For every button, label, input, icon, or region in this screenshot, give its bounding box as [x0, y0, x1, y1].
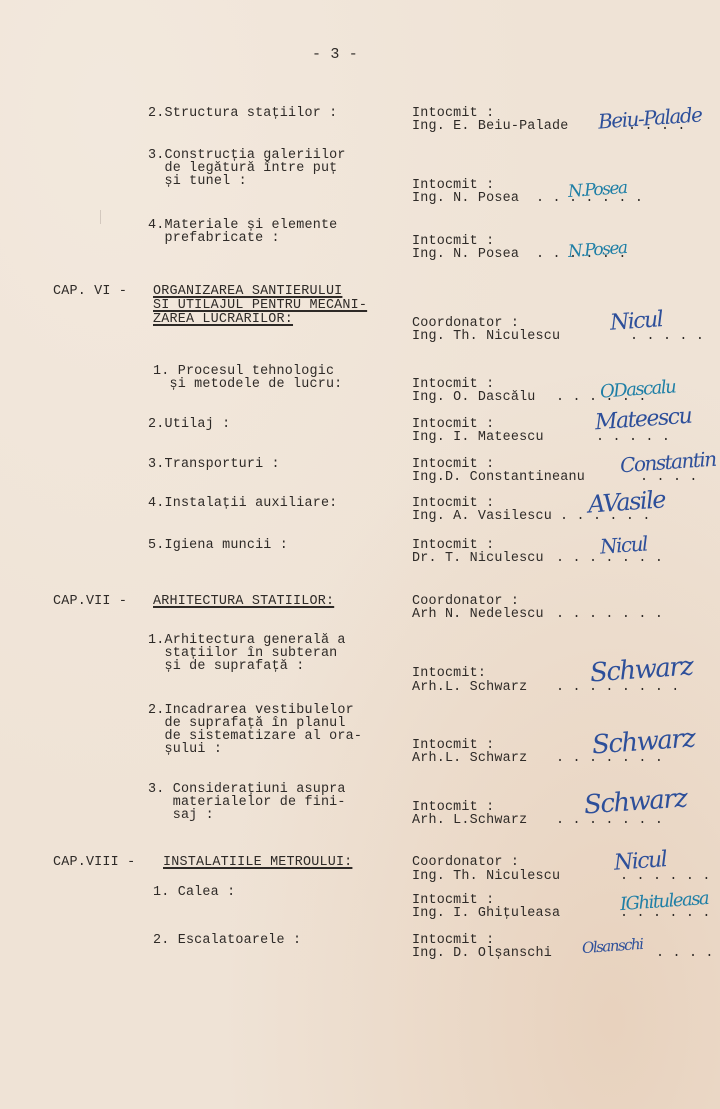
- author-name: Arh.L. Schwarz: [412, 753, 527, 766]
- signature: N.Posea: [567, 238, 627, 262]
- page-number: - 3 -: [312, 49, 358, 62]
- author-name: Ing. N. Posea: [412, 249, 519, 262]
- author-name: Arh N. Nedelescu: [412, 609, 544, 622]
- signature: Schwarz: [589, 656, 693, 683]
- author-name: Ing. I. Ghițuleasa: [412, 908, 560, 921]
- chapter-label-vii: CAP.VII -: [53, 596, 127, 609]
- item-title: 4.Instalații auxiliare:: [148, 498, 337, 511]
- dot-leader: . . . . .: [656, 948, 720, 961]
- item-title: șului :: [148, 744, 222, 757]
- item-title: 2.Utilaj :: [148, 419, 230, 432]
- chapter-title-vii: ARHITECTURA STATIILOR:: [153, 596, 334, 609]
- item-title: 3.Transporturi :: [148, 459, 280, 472]
- author-name: Dr. T. Niculescu: [412, 553, 544, 566]
- role-label: Coordonator :: [412, 857, 519, 870]
- chapter-title-vi: ZAREA LUCRARILOR:: [153, 314, 293, 327]
- author-name: Ing. E. Beiu-Palade: [412, 121, 568, 134]
- signature: Constantin: [619, 449, 716, 476]
- author-name: Ing. D. Olșanschi: [412, 948, 552, 961]
- chapter-title-viii: INSTALATIILE METROULUI:: [163, 857, 352, 870]
- chapter-label-viii: CAP.VIII -: [53, 857, 135, 870]
- item-title: și metodele de lucru:: [153, 379, 342, 392]
- item-title: 5.Igiena muncii :: [148, 540, 288, 553]
- signature: Beiu-Palade: [597, 104, 702, 131]
- signature: AVasile: [587, 489, 665, 514]
- chapter-label-vi: CAP. VI -: [53, 286, 127, 299]
- author-name: Ing.D. Constantineanu: [412, 472, 585, 485]
- signature: Nicul: [609, 310, 663, 334]
- author-name: Ing. N. Posea: [412, 193, 519, 206]
- signature: Schwarz: [583, 788, 687, 815]
- item-title: 2. Escalatoarele :: [153, 935, 301, 948]
- section-title-line: prefabricate :: [148, 233, 280, 246]
- chapter-title-vi: ORGANIZAREA SANTIERULUI: [153, 286, 342, 299]
- signature: Mateescu: [594, 407, 691, 434]
- signature: Schwarz: [591, 728, 695, 755]
- signature: Olsanschi: [581, 934, 643, 958]
- author-name: Ing. A. Vasilescu: [412, 511, 552, 524]
- signature: Nicul: [613, 850, 667, 874]
- show-through-mark: [100, 210, 101, 224]
- signature: ODascalu: [599, 377, 676, 402]
- chapter-title-vi: SI UTILAJUL PENTRU MECANI-: [153, 300, 367, 313]
- author-name: Ing. Th. Niculescu: [412, 331, 560, 344]
- section-title-line: și tunel :: [148, 176, 247, 189]
- author-name: Arh. L.Schwarz: [412, 815, 527, 828]
- section-title-structura: 2.Structura stațiilor :: [148, 108, 337, 121]
- author-name: Ing. I. Mateescu: [412, 432, 544, 445]
- signature: Nicul: [599, 533, 647, 556]
- item-title: și de suprafață :: [148, 661, 304, 674]
- dot-leader: . . . . . . .: [556, 609, 663, 622]
- author-name: Arh.L. Schwarz: [412, 682, 527, 695]
- item-title: saj :: [148, 810, 214, 823]
- item-title: 1. Calea :: [153, 887, 235, 900]
- signature: N.Posea: [567, 178, 627, 202]
- author-name: Ing. Th. Niculescu: [412, 871, 560, 884]
- author-name: Ing. O. Dascălu: [412, 392, 536, 405]
- role-label: Intocmit:: [412, 668, 486, 681]
